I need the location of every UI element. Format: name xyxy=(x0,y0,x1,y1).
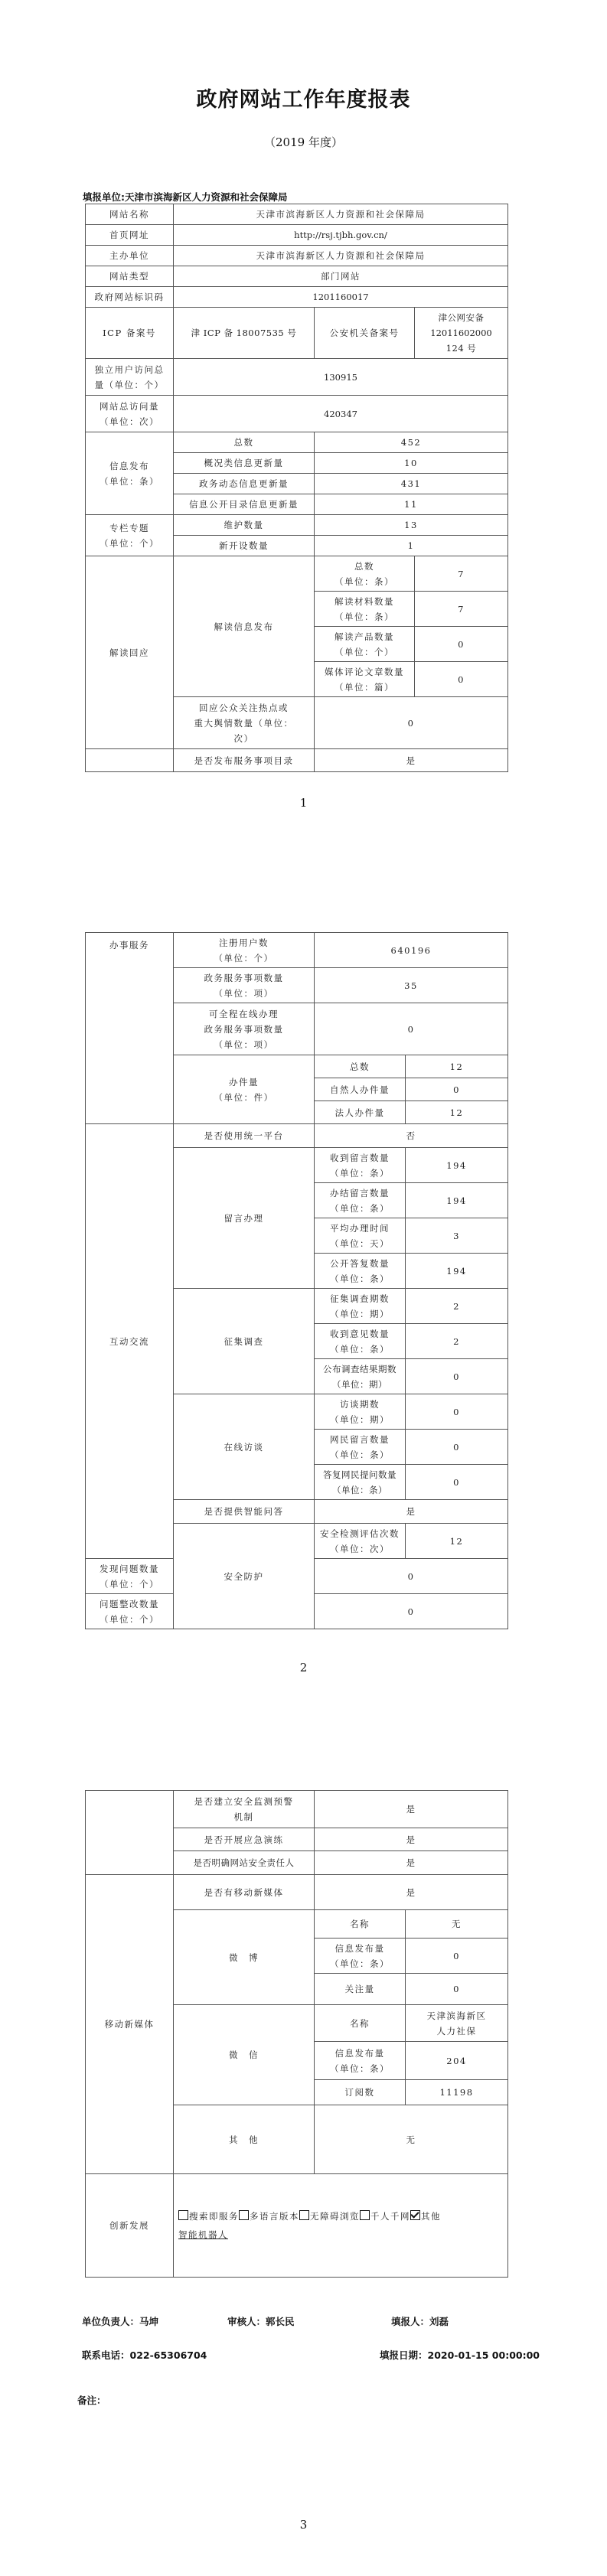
sec-fixed-label: 问题整改数量（单位：个） xyxy=(86,1594,174,1629)
report-table-page-3: 是否建立安全监测预警 机制 是 是否开展应急演练 是 是否明确网站安全责任人 是… xyxy=(85,1790,508,2278)
checkbox-unchecked-icon[interactable] xyxy=(239,2210,249,2220)
msg-public-label: 公开答复数量（单位：条） xyxy=(315,1254,406,1289)
checkbox-unchecked-icon[interactable] xyxy=(178,2210,188,2220)
online-items-l3: （单位：项） xyxy=(176,1037,312,1052)
interp-media-l2: （单位：篇） xyxy=(317,680,412,695)
interp-material-l2: （单位：条） xyxy=(317,609,412,624)
interp-product-l1: 解读产品数量 xyxy=(317,629,412,644)
interview-replies-value: 0 xyxy=(406,1465,508,1500)
survey-label: 征集调查 xyxy=(174,1289,315,1394)
interview-count-label: 访谈期数（单位：期） xyxy=(315,1394,406,1430)
cases-l2: （单位：件） xyxy=(176,1090,312,1105)
option-personalized[interactable]: 千人千网 xyxy=(360,2211,410,2222)
survey-results-l1: 公布调查结果期数 xyxy=(317,1361,403,1377)
uv-label-l1: 独立用户访问总 xyxy=(88,362,171,377)
survey-opinions-l2: （单位：条） xyxy=(317,1342,403,1357)
msg-done-l1: 办结留言数量 xyxy=(317,1185,403,1201)
online-items-l1: 可全程在线办理 xyxy=(176,1006,312,1022)
report-title: 政府网站工作年度报表 xyxy=(0,83,607,112)
other-media-label: 其 他 xyxy=(174,2105,315,2174)
service-catalog-value: 是 xyxy=(315,749,508,772)
interp-material-value: 7 xyxy=(415,592,508,627)
option-label: 其他 xyxy=(421,2211,441,2222)
service-items-l1: 政务服务事项数量 xyxy=(176,970,312,986)
pv-label-l2: （单位：次） xyxy=(88,414,171,429)
site-code-label: 政府网站标识码 xyxy=(86,287,174,308)
weibo-follow-value: 0 xyxy=(406,1974,508,2005)
pv-value: 420347 xyxy=(174,396,508,432)
sec-issues-l2: （单位：个） xyxy=(88,1577,171,1592)
columns-new-label: 新开设数量 xyxy=(174,536,315,556)
wechat-name-l1: 天津滨海新区 xyxy=(408,2008,505,2023)
info-catalog-value: 11 xyxy=(315,494,508,515)
survey-results-l2: （单位：期） xyxy=(317,1377,403,1392)
survey-opinions-l1: 收到意见数量 xyxy=(317,1326,403,1342)
weibo-name-value: 无 xyxy=(406,1910,508,1939)
online-items-l2: 政务服务事项数量 xyxy=(176,1022,312,1037)
security-cont-cell xyxy=(86,1791,174,1875)
survey-count-label: 征集调查期数（单位：期） xyxy=(315,1289,406,1324)
site-name-value: 天津市滨海新区人力资源和社会保障局 xyxy=(174,204,508,225)
interp-product-label: 解读产品数量 （单位：个） xyxy=(315,627,415,662)
report-year: （2019 年度） xyxy=(0,134,607,150)
interp-media-label: 媒体评论文章数量 （单位：篇） xyxy=(315,662,415,697)
remark-label: 备注： xyxy=(77,2393,106,2407)
survey-count-l2: （单位：期） xyxy=(317,1306,403,1322)
info-publish-label-l2: （单位：条） xyxy=(88,474,171,489)
cases-person-label: 自然人办件量 xyxy=(315,1078,406,1101)
wechat-name-l2: 人力社保 xyxy=(408,2023,505,2039)
cases-person-value: 0 xyxy=(406,1078,508,1101)
survey-count-value: 2 xyxy=(406,1289,508,1324)
msg-done-label: 办结留言数量（单位：条） xyxy=(315,1183,406,1218)
site-name-label: 网站名称 xyxy=(86,204,174,225)
site-code-value: 1201160017 xyxy=(174,287,508,308)
msg-received-label: 收到留言数量（单位：条） xyxy=(315,1148,406,1183)
warning-label: 是否建立安全监测预警 机制 xyxy=(174,1791,315,1828)
msg-public-l2: （单位：条） xyxy=(317,1271,403,1286)
option-label: 无障碍浏览 xyxy=(310,2211,360,2222)
innovation-label: 创新发展 xyxy=(86,2174,174,2278)
pv-label: 网站总访问量 （单位：次） xyxy=(86,396,174,432)
sec-checks-value: 12 xyxy=(406,1524,508,1559)
filing-unit: 填报单位:天津市滨海新区人力资源和社会保障局 xyxy=(83,190,288,204)
page-number-3: 3 xyxy=(0,2518,607,2532)
security-label: 安全防护 xyxy=(174,1524,315,1629)
interview-replies-l2: （单位：条） xyxy=(317,1482,403,1498)
weibo-name-label: 名称 xyxy=(315,1910,406,1939)
checkbox-unchecked-icon[interactable] xyxy=(299,2210,309,2220)
checkbox-unchecked-icon[interactable] xyxy=(360,2210,370,2220)
info-publish-label-l1: 信息发布 xyxy=(88,458,171,474)
option-label: 多语言版本 xyxy=(250,2211,299,2222)
other-media-value: 无 xyxy=(315,2105,508,2174)
site-type-label: 网站类型 xyxy=(86,266,174,287)
wechat-subs-label: 订阅数 xyxy=(315,2080,406,2105)
interp-total-value: 7 xyxy=(415,556,508,592)
msg-done-l2: （单位：条） xyxy=(317,1201,403,1216)
interview-replies-l1: 答复网民提问数量 xyxy=(317,1467,403,1482)
police-record-l2: 12011602000 xyxy=(417,325,505,341)
interp-material-l1: 解读材料数量 xyxy=(317,594,412,609)
police-record-l3: 124 号 xyxy=(417,341,505,356)
reviewer: 审核人：郭长民 xyxy=(227,2314,295,2328)
hotspot-l2: 重大舆情数量（单位： xyxy=(176,716,312,731)
report-table-page-2: 办事服务 注册用户数 （单位：个） 640196 政务服务事项数量 （单位：项）… xyxy=(85,932,508,1629)
interview-msgs-l1: 网民留言数量 xyxy=(317,1432,403,1447)
columns-label-l2: （单位：个） xyxy=(88,536,171,551)
has-media-label: 是否有移动新媒体 xyxy=(174,1875,315,1910)
icp-value: 津 ICP 备 18007535 号 xyxy=(174,308,315,359)
interp-media-l1: 媒体评论文章数量 xyxy=(317,664,412,680)
wechat-posts-value: 204 xyxy=(406,2042,508,2080)
wechat-subs-value: 11198 xyxy=(406,2080,508,2105)
online-items-value: 0 xyxy=(315,1003,508,1055)
columns-maintained-label: 维护数量 xyxy=(174,515,315,536)
interview-msgs-l2: （单位：条） xyxy=(317,1447,403,1462)
interpretation-label: 解读回应 xyxy=(86,556,174,749)
option-accessibility[interactable]: 无障碍浏览 xyxy=(299,2211,360,2222)
msg-received-value: 194 xyxy=(406,1148,508,1183)
wechat-posts-l1: 信息发布量 xyxy=(317,2046,403,2061)
interp-total-l1: 总数 xyxy=(317,559,412,574)
survey-count-l1: 征集调查期数 xyxy=(317,1291,403,1306)
info-catalog-label: 信息公开目录信息更新量 xyxy=(174,494,315,515)
innovation-options: 搜索即服务多语言版本无障碍浏览千人千网其他智能机器人 xyxy=(174,2174,508,2278)
interview-count-l2: （单位：期） xyxy=(317,1412,403,1427)
msg-avg-time-label: 平均办理时间（单位：天） xyxy=(315,1218,406,1254)
weibo-posts-l1: 信息发布量 xyxy=(317,1941,403,1956)
messages-label: 留言办理 xyxy=(174,1148,315,1289)
sec-fixed-value: 0 xyxy=(315,1594,508,1629)
service-catalog-label: 是否发布服务事项目录 xyxy=(174,749,315,772)
option-multilingual[interactable]: 多语言版本 xyxy=(239,2211,299,2222)
weibo-label: 微 博 xyxy=(174,1910,315,2005)
sponsor-value: 天津市滨海新区人力资源和社会保障局 xyxy=(174,246,508,266)
sec-checks-label: 安全检测评估次数（单位：次） xyxy=(315,1524,406,1559)
unified-platform-label: 是否使用统一平台 xyxy=(174,1124,315,1148)
interp-total-l2: （单位：条） xyxy=(317,574,412,589)
weibo-posts-label: 信息发布量（单位：条） xyxy=(315,1939,406,1974)
msg-done-value: 194 xyxy=(406,1183,508,1218)
columns-new-value: 1 xyxy=(315,536,508,556)
registered-l2: （单位：个） xyxy=(176,951,312,966)
interview-msgs-label: 网民留言数量（单位：条） xyxy=(315,1430,406,1465)
cases-l1: 办件量 xyxy=(176,1074,312,1090)
warning-l1: 是否建立安全监测预警 xyxy=(176,1794,312,1809)
interview-count-l1: 访谈期数 xyxy=(317,1397,403,1412)
msg-received-l1: 收到留言数量 xyxy=(317,1150,403,1166)
sec-issues-value: 0 xyxy=(315,1559,508,1594)
option-search-service[interactable]: 搜索即服务 xyxy=(178,2211,239,2222)
option-other[interactable]: 其他 xyxy=(410,2211,441,2222)
police-record-l1: 津公网安备 xyxy=(417,310,505,325)
filing-date: 填报日期：2020-01-15 00:00:00 xyxy=(380,2348,540,2362)
cases-label: 办件量 （单位：件） xyxy=(174,1055,315,1124)
interview-replies-label: 答复网民提问数量（单位：条） xyxy=(315,1465,406,1500)
unit-head: 单位负责人：马坤 xyxy=(82,2314,158,2328)
weibo-posts-l2: （单位：条） xyxy=(317,1956,403,1971)
survey-results-value: 0 xyxy=(406,1359,508,1394)
info-news-value: 431 xyxy=(315,474,508,494)
interp-product-l2: （单位：个） xyxy=(317,644,412,660)
survey-opinions-label: 收到意见数量（单位：条） xyxy=(315,1324,406,1359)
registered-value: 640196 xyxy=(315,933,508,968)
interp-total-label: 总数 （单位：条） xyxy=(315,556,415,592)
hotspot-label: 回应公众关注热点或 重大舆情数量（单位： 次） xyxy=(174,697,315,749)
hotspot-value: 0 xyxy=(315,697,508,749)
filler: 填报人：刘磊 xyxy=(391,2314,449,2328)
cases-legal-value: 12 xyxy=(406,1101,508,1124)
media-label: 移动新媒体 xyxy=(86,1875,174,2174)
smart-qa-value: 是 xyxy=(315,1500,508,1524)
has-media-value: 是 xyxy=(315,1875,508,1910)
owner-label: 是否明确网站安全责任人 xyxy=(174,1851,315,1875)
service-items-label: 政务服务事项数量 （单位：项） xyxy=(174,968,315,1003)
sec-checks-l1: 安全检测评估次数 xyxy=(317,1526,403,1541)
drill-label: 是否开展应急演练 xyxy=(174,1828,315,1851)
msg-avg-time-value: 3 xyxy=(406,1218,508,1254)
registered-label: 注册用户数 （单位：个） xyxy=(174,933,315,968)
home-url-value: http://rsj.tjbh.gov.cn/ xyxy=(174,225,508,246)
police-record-value: 津公网安备 12011602000 124 号 xyxy=(415,308,508,359)
contact-phone: 联系电话：022-65306704 xyxy=(82,2348,207,2362)
report-table-page-1: 网站名称 天津市滨海新区人力资源和社会保障局 首页网址 http://rsj.t… xyxy=(85,204,508,772)
smart-qa-label: 是否提供智能问答 xyxy=(174,1500,315,1524)
other-innovation-text: 智能机器人 xyxy=(178,2229,228,2240)
cases-legal-label: 法人办件量 xyxy=(315,1101,406,1124)
sec-checks-l2: （单位：次） xyxy=(317,1541,403,1557)
info-publish-label: 信息发布 （单位：条） xyxy=(86,432,174,515)
icp-label: ICP 备案号 xyxy=(86,308,174,359)
interp-product-value: 0 xyxy=(415,627,508,662)
info-overview-label: 概况类信息更新量 xyxy=(174,453,315,474)
wechat-name-value: 天津滨海新区 人力社保 xyxy=(406,2005,508,2042)
wechat-name-label: 名称 xyxy=(315,2005,406,2042)
sec-fixed-l2: （单位：个） xyxy=(88,1612,171,1627)
drill-value: 是 xyxy=(315,1828,508,1851)
registered-l1: 注册用户数 xyxy=(176,935,312,951)
interp-material-label: 解读材料数量 （单位：条） xyxy=(315,592,415,627)
interview-msgs-value: 0 xyxy=(406,1430,508,1465)
columns-label: 专栏专题 （单位：个） xyxy=(86,515,174,556)
hotspot-l1: 回应公众关注热点或 xyxy=(176,700,312,716)
columns-label-l1: 专栏专题 xyxy=(88,520,171,536)
wechat-posts-l2: （单位：条） xyxy=(317,2061,403,2076)
cases-total-value: 12 xyxy=(406,1055,508,1078)
uv-label-l2: 量（单位：个） xyxy=(88,377,171,393)
wechat-label: 微 信 xyxy=(174,2005,315,2105)
sec-fixed-l1: 问题整改数量 xyxy=(88,1596,171,1612)
msg-public-value: 194 xyxy=(406,1254,508,1289)
site-type-value: 部门网站 xyxy=(174,266,508,287)
page-number-2: 2 xyxy=(0,1661,607,1674)
unified-platform-value: 否 xyxy=(315,1124,508,1148)
info-overview-value: 10 xyxy=(315,453,508,474)
interview-label: 在线访谈 xyxy=(174,1394,315,1500)
interp-media-value: 0 xyxy=(415,662,508,697)
uv-value: 130915 xyxy=(174,359,508,396)
warning-value: 是 xyxy=(315,1791,508,1828)
sponsor-label: 主办单位 xyxy=(86,246,174,266)
msg-avg-time-l1: 平均办理时间 xyxy=(317,1221,403,1236)
sec-issues-l1: 发现问题数量 xyxy=(88,1561,171,1577)
interpretation-publish-label: 解读信息发布 xyxy=(174,556,315,697)
hotspot-l3: 次） xyxy=(176,731,312,746)
uv-label: 独立用户访问总 量（单位：个） xyxy=(86,359,174,396)
weibo-follow-label: 关注量 xyxy=(315,1974,406,2005)
owner-value: 是 xyxy=(315,1851,508,1875)
page-number-1: 1 xyxy=(0,796,607,810)
online-items-label: 可全程在线办理 政务服务事项数量 （单位：项） xyxy=(174,1003,315,1055)
service-items-l2: （单位：项） xyxy=(176,986,312,1001)
checkbox-checked-icon[interactable] xyxy=(410,2210,420,2220)
survey-results-label: 公布调查结果期数（单位：期） xyxy=(315,1359,406,1394)
info-total-label: 总数 xyxy=(174,432,315,453)
pv-label-l1: 网站总访问量 xyxy=(88,399,171,414)
columns-maintained-value: 13 xyxy=(315,515,508,536)
warning-l2: 机制 xyxy=(176,1809,312,1824)
option-label: 搜索即服务 xyxy=(189,2211,239,2222)
info-total-value: 452 xyxy=(315,432,508,453)
police-record-label: 公安机关备案号 xyxy=(315,308,415,359)
wechat-posts-label: 信息发布量（单位：条） xyxy=(315,2042,406,2080)
sec-issues-label: 发现问题数量（单位：个） xyxy=(86,1559,174,1594)
info-news-label: 政务动态信息更新量 xyxy=(174,474,315,494)
weibo-posts-value: 0 xyxy=(406,1939,508,1974)
service-label: 办事服务 xyxy=(86,933,174,1124)
msg-avg-time-l2: （单位：天） xyxy=(317,1236,403,1251)
option-label: 千人千网 xyxy=(370,2211,410,2222)
home-url-label: 首页网址 xyxy=(86,225,174,246)
cases-total-label: 总数 xyxy=(315,1055,406,1078)
service-items-value: 35 xyxy=(315,968,508,1003)
interaction-label: 互动交流 xyxy=(86,1124,174,1559)
interview-count-value: 0 xyxy=(406,1394,508,1430)
empty-cell xyxy=(86,749,174,772)
msg-public-l1: 公开答复数量 xyxy=(317,1256,403,1271)
msg-received-l2: （单位：条） xyxy=(317,1166,403,1181)
survey-opinions-value: 2 xyxy=(406,1324,508,1359)
